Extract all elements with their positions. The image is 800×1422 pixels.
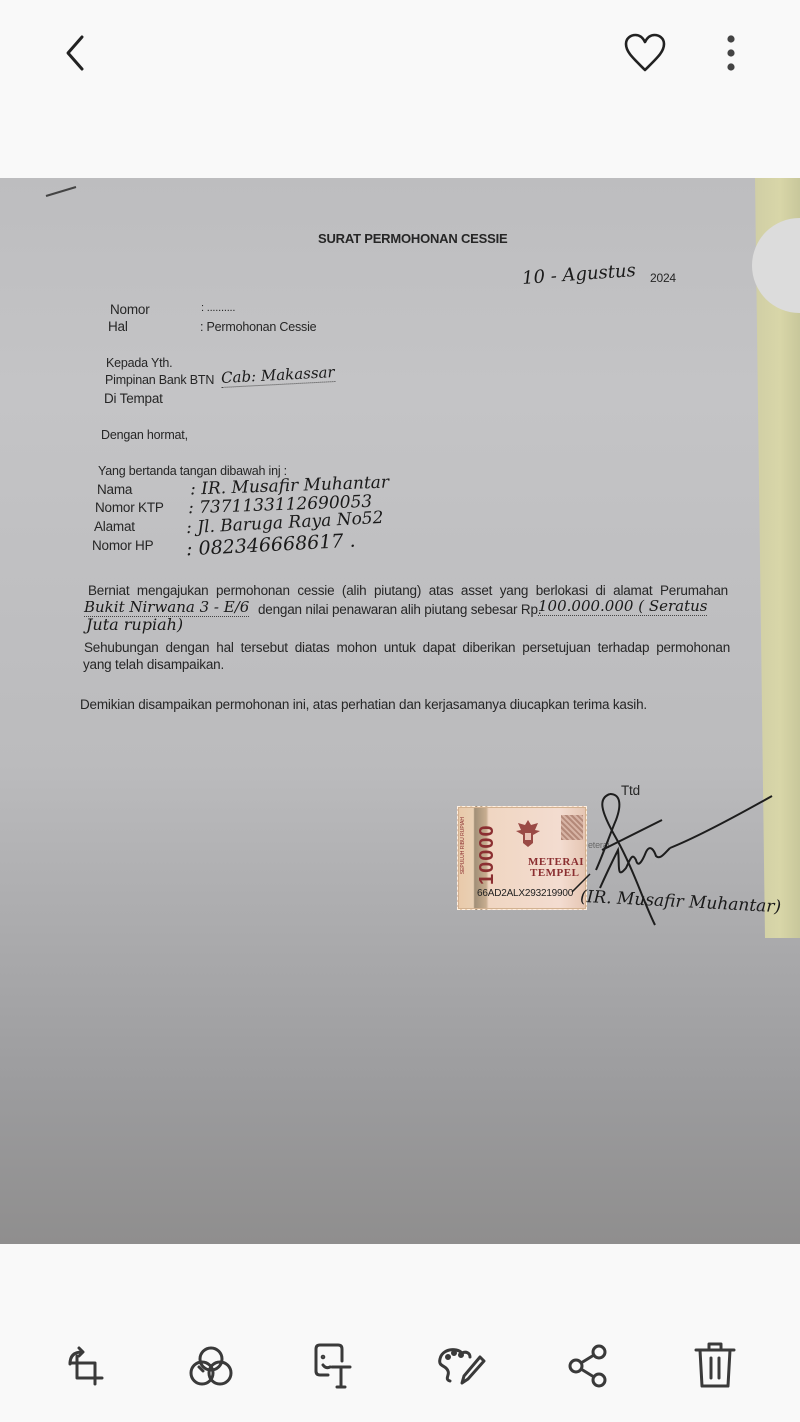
draw-style-button[interactable] (436, 1340, 488, 1392)
intro-text: Yang bertanda tangan dibawah inj : (98, 464, 287, 478)
photo-viewer[interactable]: SURAT PERMOHONAN CESSIE 10 - Agustus 202… (0, 178, 800, 1244)
crop-rotate-icon (64, 1344, 108, 1388)
circles-icon (187, 1343, 235, 1389)
field-label-nama: Nama (97, 482, 132, 497)
greeting: Dengan hormat, (101, 428, 188, 442)
more-vertical-icon (725, 33, 737, 73)
more-options-button[interactable] (710, 28, 752, 78)
heart-outline-icon (623, 33, 667, 73)
trash-icon (693, 1342, 737, 1390)
chevron-left-icon (60, 33, 90, 73)
recipient-branch-handwritten: Cab: Makassar (221, 363, 336, 388)
nomor-value: : .......... (201, 302, 235, 314)
top-app-bar (0, 0, 800, 178)
filters-button[interactable] (185, 1340, 237, 1392)
field-label-hp: Nomor HP (92, 538, 153, 553)
amount-handwritten: 100.000.000 ( Seratus (538, 597, 707, 616)
nomor-label: Nomor (110, 302, 150, 317)
text-scan-icon (310, 1341, 362, 1391)
paragraph-2-line1: Sehubungan dengan hal tersebut diatas mo… (84, 639, 730, 657)
paragraph-2-line2: yang telah disampaikan. (83, 656, 224, 674)
stamp-value: 10000 (476, 815, 498, 895)
share-button[interactable] (563, 1340, 615, 1392)
stamp-serial: 66AD2ALX293219900 (477, 888, 573, 899)
recipient-line1: Kepada Yth. (106, 356, 172, 370)
document-title: SURAT PERMOHONAN CESSIE (318, 231, 507, 246)
hal-label: Hal (108, 319, 128, 334)
garuda-emblem-icon (514, 817, 542, 849)
amount-words-handwritten: Juta rupiah) (86, 615, 183, 634)
share-icon (567, 1343, 611, 1389)
pen-mark (44, 184, 80, 198)
document-letter: SURAT PERMOHONAN CESSIE 10 - Agustus 202… (0, 178, 800, 1244)
closing-text: Demikian disampaikan permohonan ini, ata… (80, 696, 647, 714)
paragraph-1-mid: dengan nilai penawaran alih piutang sebe… (258, 601, 541, 619)
back-button[interactable] (50, 28, 100, 78)
recipient-line3: Di Tempat (104, 391, 163, 406)
field-label-ktp: Nomor KTP (95, 500, 164, 515)
delete-button[interactable] (689, 1340, 741, 1392)
date-year: 2024 (650, 271, 676, 285)
extract-text-button[interactable] (310, 1340, 362, 1392)
crop-rotate-button[interactable] (60, 1340, 112, 1392)
field-label-alamat: Alamat (94, 519, 135, 534)
palette-brush-icon (436, 1343, 488, 1389)
date-handwritten: 10 - Agustus (521, 260, 636, 289)
recipient-line2: Pimpinan Bank BTN (105, 373, 214, 387)
hal-value: : Permohonan Cessie (200, 320, 316, 334)
stamp-side-text: SEPULUH RIBU RUPIAH (460, 817, 466, 874)
favorite-button[interactable] (618, 26, 672, 80)
bottom-toolbar (0, 1244, 800, 1422)
